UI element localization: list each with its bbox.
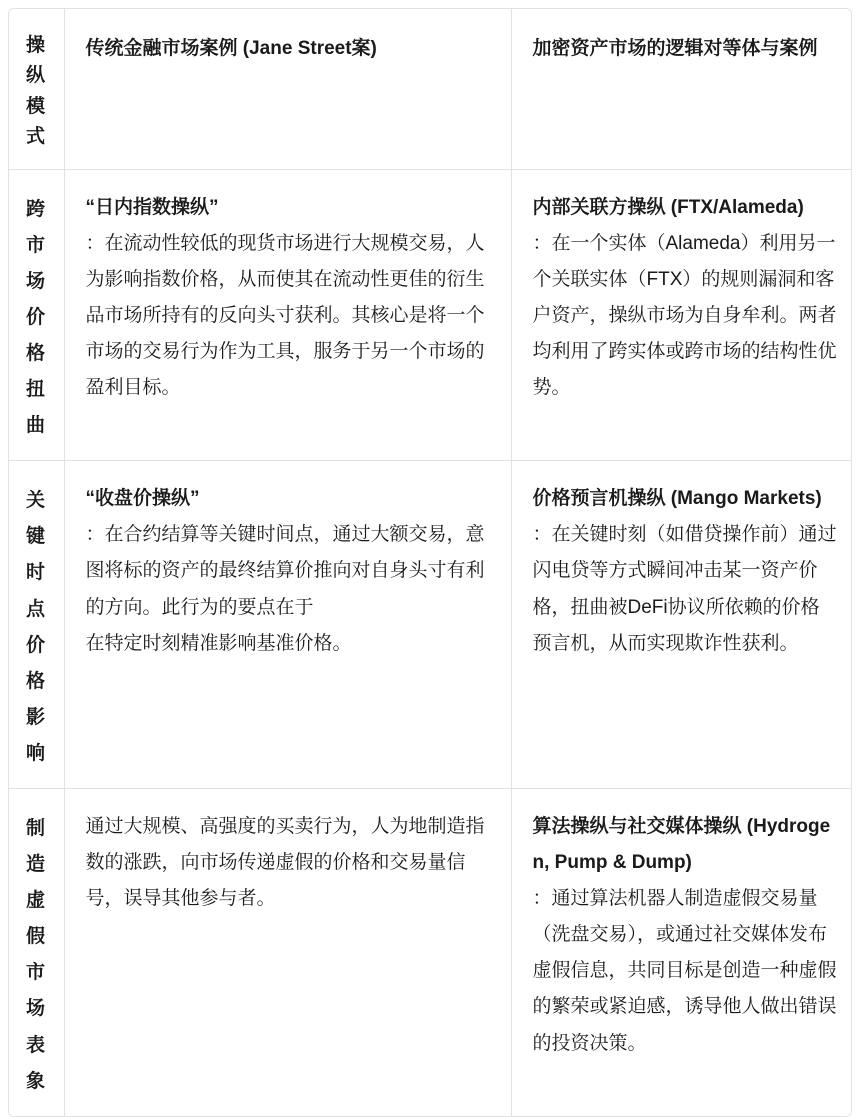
column-header-mode: 操纵模式 bbox=[9, 9, 64, 169]
case-body: ：在流动性较低的现货市场进行大规模交易，人为影响指数价格，从而使其在流动性更佳的… bbox=[86, 226, 495, 406]
case-heading: “收盘价操纵” bbox=[86, 481, 495, 517]
case-heading: 价格预言机操纵 (Mango Markets) bbox=[533, 481, 838, 517]
tradfi-cell: “收盘价操纵” ：在合约结算等关键时间点，通过大额交易，意图将标的资产的最终结算… bbox=[64, 461, 511, 789]
table-row-key-time: 关键时点价格影响 “收盘价操纵” ：在合约结算等关键时间点，通过大额交易，意图将… bbox=[9, 461, 852, 789]
case-body: ：在合约结算等关键时间点，通过大额交易，意图将标的资产的最终结算价推向对自身头寸… bbox=[86, 517, 495, 661]
mode-cell: 关键时点价格影响 bbox=[9, 461, 64, 789]
crypto-cell: 算法操纵与社交媒体操纵 (Hydrogen, Pump & Dump) ：通过算… bbox=[511, 788, 852, 1115]
crypto-cell: 价格预言机操纵 (Mango Markets) ：在关键时刻（如借贷操作前）通过… bbox=[511, 461, 852, 789]
column-header-tradfi: 传统金融市场案例 (Jane Street案) bbox=[64, 9, 511, 169]
header-row: 操纵模式 传统金融市场案例 (Jane Street案) 加密资产市场的逻辑对等… bbox=[9, 9, 852, 169]
mode-cell: 制造虚假市场表象 bbox=[9, 788, 64, 1115]
case-heading: 算法操纵与社交媒体操纵 (Hydrogen, Pump & Dump) bbox=[533, 809, 838, 881]
case-heading: 内部关联方操纵 (FTX/Alameda) bbox=[533, 190, 838, 226]
case-heading: “日内指数操纵” bbox=[86, 190, 495, 226]
case-body: 通过大规模、高强度的买卖行为，人为地制造指数的涨跌，向市场传递虚假的价格和交易量… bbox=[86, 809, 495, 917]
tradfi-cell: 通过大规模、高强度的买卖行为，人为地制造指数的涨跌，向市场传递虚假的价格和交易量… bbox=[64, 788, 511, 1115]
case-body: ：在关键时刻（如借贷操作前）通过闪电贷等方式瞬间冲击某一资产价格，扭曲被DeFi… bbox=[533, 517, 838, 661]
table-row-cross-market: 跨市场价格扭曲 “日内指数操纵” ：在流动性较低的现货市场进行大规模交易，人为影… bbox=[9, 169, 852, 461]
crypto-cell: 内部关联方操纵 (FTX/Alameda) ：在一个实体（Alameda）利用另… bbox=[511, 169, 852, 461]
manipulation-comparison-table: 操纵模式 传统金融市场案例 (Jane Street案) 加密资产市场的逻辑对等… bbox=[9, 9, 852, 1116]
column-header-crypto: 加密资产市场的逻辑对等体与案例 bbox=[511, 9, 852, 169]
case-body: ：在一个实体（Alameda）利用另一个关联实体（FTX）的规则漏洞和客户资产，… bbox=[533, 226, 838, 406]
tradfi-cell: “日内指数操纵” ：在流动性较低的现货市场进行大规模交易，人为影响指数价格，从而… bbox=[64, 169, 511, 461]
case-body: ：通过算法机器人制造虚假交易量（洗盘交易），或通过社交媒体发布虚假信息，共同目标… bbox=[533, 881, 838, 1061]
mode-cell: 跨市场价格扭曲 bbox=[9, 169, 64, 461]
table-row-false-appearance: 制造虚假市场表象 通过大规模、高强度的买卖行为，人为地制造指数的涨跌，向市场传递… bbox=[9, 788, 852, 1115]
comparison-table-container: 操纵模式 传统金融市场案例 (Jane Street案) 加密资产市场的逻辑对等… bbox=[8, 8, 852, 1117]
